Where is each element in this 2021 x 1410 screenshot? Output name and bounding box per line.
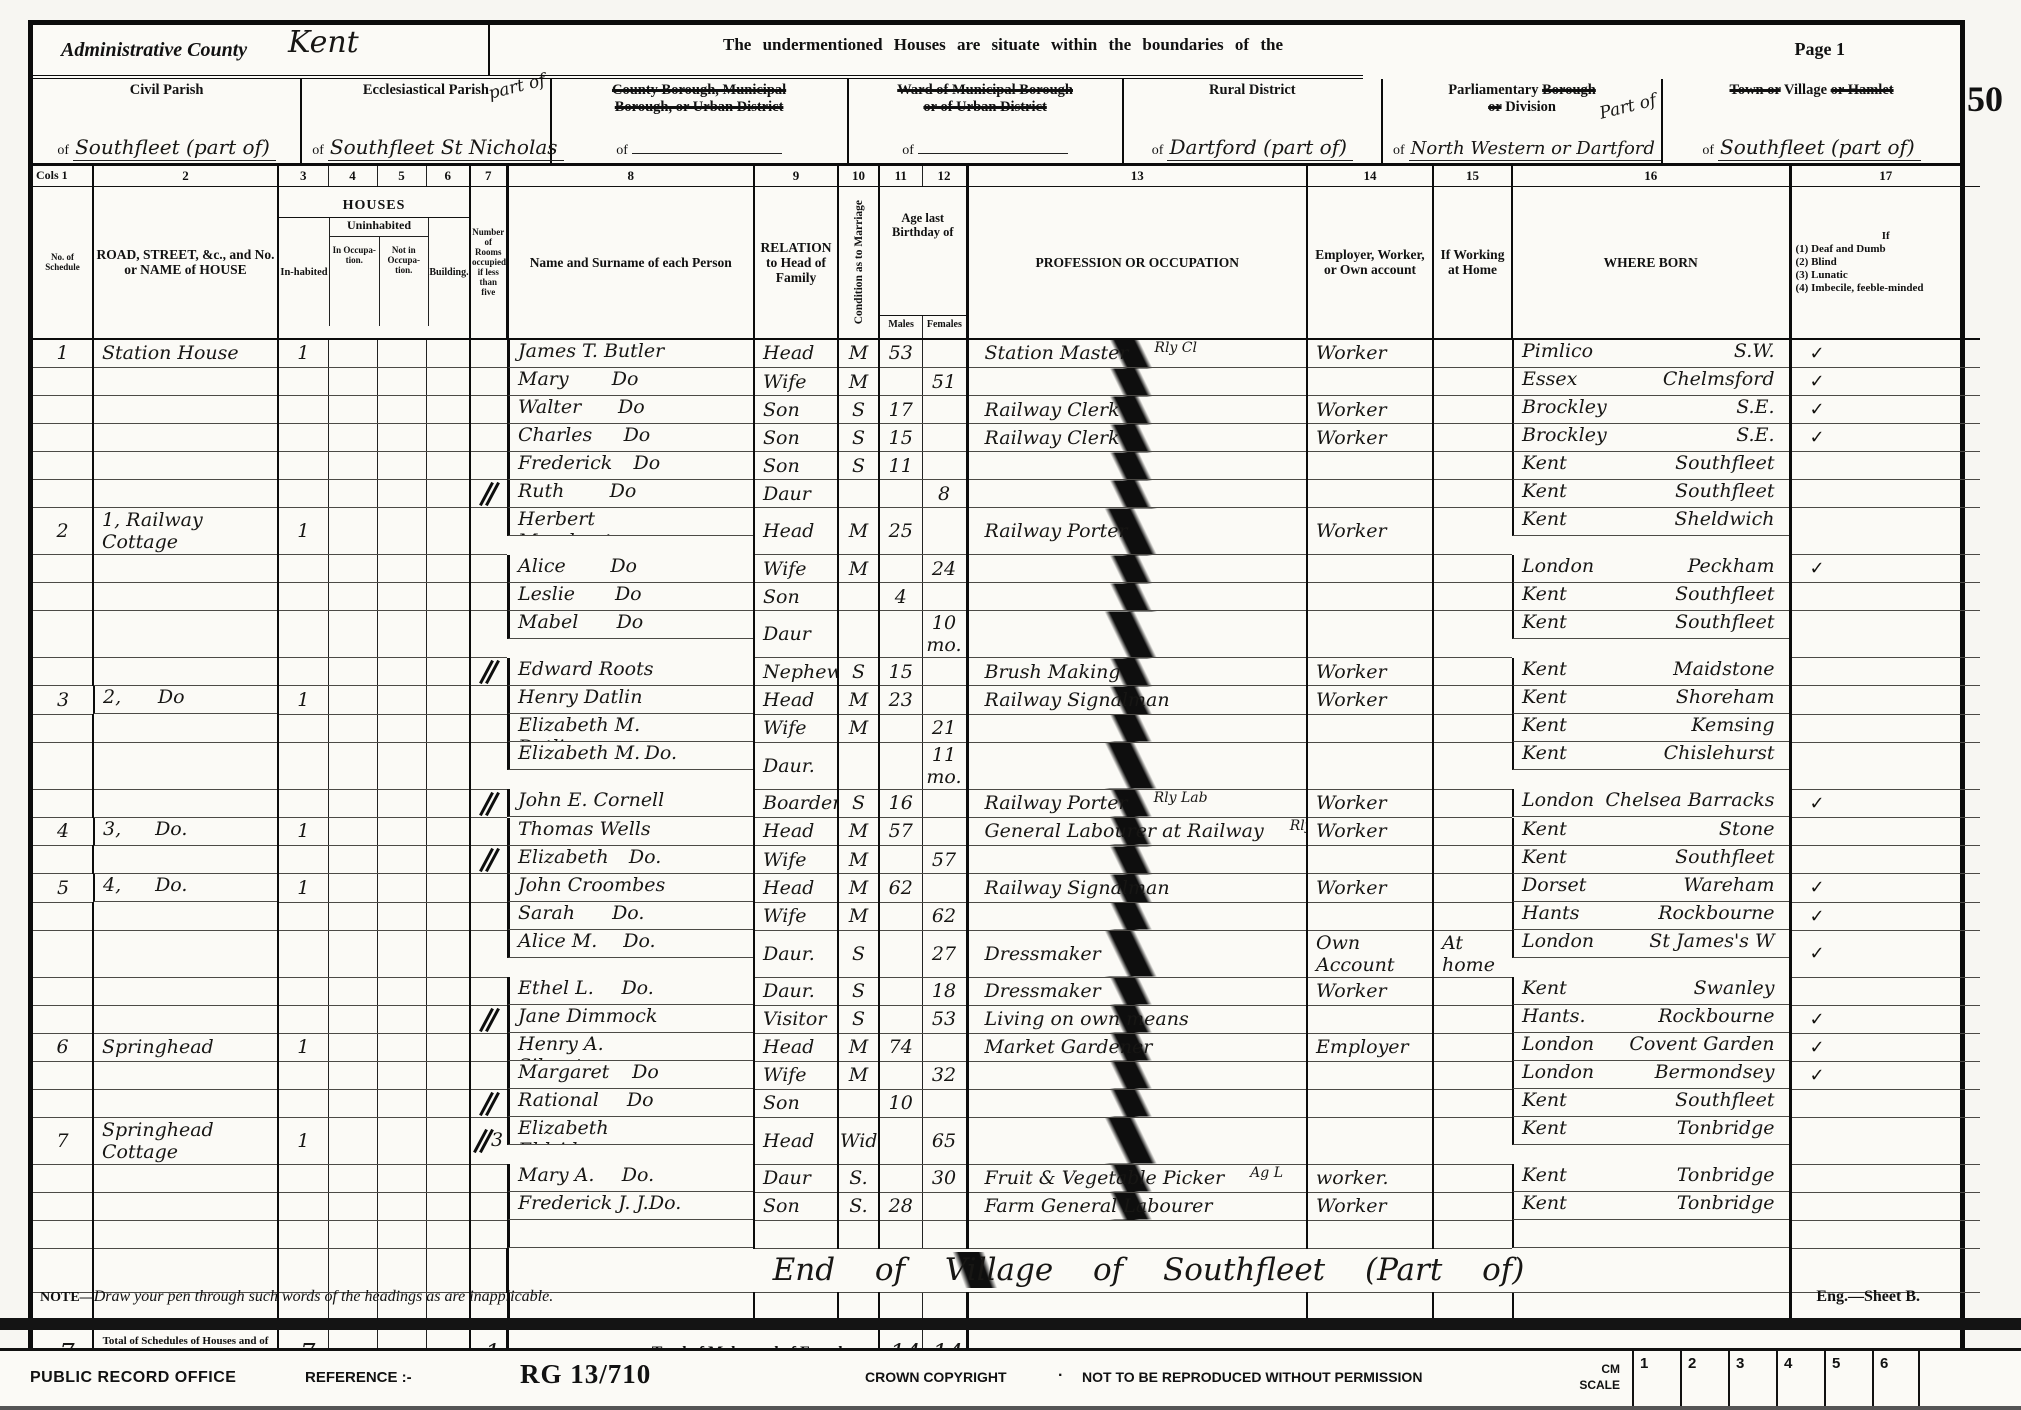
cell-house: [93, 1089, 278, 1117]
cell-house: [93, 1164, 278, 1192]
cell-building: [426, 396, 470, 424]
cell-rooms: [470, 1220, 507, 1248]
cell-profession: [967, 902, 1307, 930]
cell-profession: Fruit & Vegetable PickerAg L: [967, 1164, 1307, 1192]
cell-inhabited: [278, 1089, 328, 1117]
cell-condition: [838, 1089, 879, 1117]
cell-relation: Head: [754, 817, 838, 846]
cell-name: SarahDo.: [507, 902, 753, 930]
col-employer: Employer, Worker, or Own account: [1307, 186, 1433, 339]
cell-inhabited: [278, 1061, 328, 1089]
census-table: Cols 1 2 3 4 5 6 7 8 9 10 11 12 13 14 15…: [33, 166, 1980, 1386]
cell-condition: M: [838, 874, 879, 903]
cell-age-female: 18: [922, 977, 967, 1005]
cell-where-born: HantsRockbourne: [1512, 902, 1789, 930]
col-uninhabited: Uninhabited In Occupa-tion. Not in Occup…: [329, 218, 429, 326]
cell-age-female: [922, 396, 967, 424]
cell-uninhabited-not: [377, 480, 426, 508]
col-females: Females: [922, 316, 965, 338]
cell-profession: Railway Porter: [967, 508, 1307, 555]
cell-inhabited: [278, 396, 328, 424]
cell-inhabited: [278, 1164, 328, 1192]
table-row: FrederickDoSonS11KentSouthfleet: [33, 452, 1980, 480]
cell-age-female: 10 mo.: [922, 611, 967, 658]
cell-working-at-home: [1433, 1164, 1512, 1192]
household-end-mark: [481, 1009, 497, 1031]
check-mark: ✓: [1790, 339, 1980, 368]
cell-employer: Worker: [1307, 977, 1433, 1005]
cell-working-at-home: [1433, 583, 1512, 611]
cell-relation: Wife: [754, 714, 838, 742]
cell-infirmity: [1790, 977, 1980, 1005]
table-row: Edward RootsNephewS15Brush MakingWorkerK…: [33, 658, 1980, 686]
check-mark: ✓: [1790, 396, 1980, 424]
cell-schedule: [33, 1061, 93, 1089]
cell-uninhabited-occ: [328, 686, 377, 715]
cell-rooms: [470, 508, 507, 555]
cell-uninhabited-not: [377, 1220, 426, 1248]
cell-uninhabited-not: [377, 846, 426, 874]
column-numbers-row: Cols 1 2 3 4 5 6 7 8 9 10 11 12 13 14 15…: [33, 166, 1980, 186]
cell-inhabited: [278, 424, 328, 452]
cell-uninhabited-not: [377, 714, 426, 742]
table-row: 54,Do.1John CroombesHeadM62Railway Signa…: [33, 874, 1980, 903]
cell-employer: Worker: [1307, 817, 1433, 846]
cell-inhabited: [278, 452, 328, 480]
cell-name: Elizabeth M. Datlin: [507, 714, 753, 742]
cell-schedule: [33, 1192, 93, 1220]
cell-house: [93, 977, 278, 1005]
cell-rooms: [470, 1248, 507, 1292]
cell-relation: Head: [754, 1117, 838, 1164]
ecclesiastical-parish-box: Ecclesiastical Parish part of ofSouthfle…: [302, 79, 551, 163]
sheet-label: Eng.—Sheet B.: [1816, 1288, 1980, 1306]
cell-building: [426, 368, 470, 396]
cell-rooms: [470, 817, 507, 846]
cell-age-male: 53: [879, 339, 922, 368]
cell-working-at-home: [1433, 424, 1512, 452]
cell-rooms: [470, 424, 507, 452]
cell-age-male: [879, 1164, 922, 1192]
cell-name: MargaretDo: [507, 1061, 753, 1089]
cell-name: Herbert Marchant: [507, 508, 753, 536]
cell-schedule: [33, 583, 93, 611]
cell-condition: S: [838, 1005, 879, 1033]
table-row: Mary A.Do.DaurS.30Fruit & Vegetable Pick…: [33, 1164, 1980, 1192]
cell-house: [93, 930, 278, 977]
cell-house: Springhead Cottage: [93, 1117, 278, 1164]
cell-working-at-home: [1433, 452, 1512, 480]
cell-inhabited: 1: [278, 686, 328, 715]
cell-employer: [1307, 1005, 1433, 1033]
cell-rooms: [470, 977, 507, 1005]
check-mark: ✓: [1790, 789, 1980, 817]
cell-building: [426, 846, 470, 874]
col-name: Name and Surname of each Person: [507, 186, 754, 339]
cell-where-born: LondonSt James's W: [1512, 930, 1789, 958]
village-value: Southfleet (part of): [1718, 135, 1921, 161]
cell-employer: Worker: [1307, 874, 1433, 903]
cell-uninhabited-not: [377, 658, 426, 686]
cell-building: [426, 714, 470, 742]
cell-name: WalterDo: [507, 396, 753, 424]
cell-condition: S.: [838, 1192, 879, 1220]
cell-relation: Daur: [754, 1164, 838, 1192]
cell-relation: Wife: [754, 555, 838, 583]
cell-schedule: 5: [33, 874, 93, 903]
cell-building: [426, 339, 470, 368]
cell-rooms: [470, 1033, 507, 1061]
cell-name: John E. Cornell: [507, 789, 753, 817]
rural-district-title: Rural District: [1124, 82, 1381, 99]
cell-where-born: KentChislehurst: [1512, 742, 1789, 770]
cell-where-born: KentKemsing: [1512, 714, 1789, 742]
cell-house: [93, 1005, 278, 1033]
cell-working-at-home: [1433, 902, 1512, 930]
cell-inhabited: [278, 846, 328, 874]
county-borough-title: County Borough, Municipal: [552, 82, 847, 99]
separator-dot: ·: [1058, 1367, 1063, 1385]
cell-infirmity: [1790, 686, 1980, 715]
cell-house: 1, Railway Cottage: [93, 508, 278, 555]
profession-annotation: Rly Cl: [1154, 340, 1197, 356]
cell-where-born: Hants.Rockbourne: [1512, 1005, 1789, 1033]
cell-relation: Daur.: [754, 930, 838, 977]
profession-annotation: Rly Lab: [1290, 818, 1307, 834]
cell-name: Alice M.Do.: [507, 930, 753, 958]
blank-line: [632, 137, 782, 154]
cell-relation: Daur.: [754, 742, 838, 789]
col-males: Males: [880, 316, 922, 338]
cell-relation: Wife: [754, 368, 838, 396]
cell-inhabited: 1: [278, 1117, 328, 1164]
cell-working-at-home: [1433, 1117, 1512, 1164]
col-rooms: Number of Rooms occupied if less than fi…: [470, 186, 507, 339]
cell-uninhabited-occ: [328, 339, 377, 368]
cell-rooms: [470, 902, 507, 930]
cell-schedule: [33, 977, 93, 1005]
cell-working-at-home: [1433, 1005, 1512, 1033]
table-row: Ethel L.Do.Daur.S18DressmakerWorkerKentS…: [33, 977, 1980, 1005]
cell-schedule: [33, 424, 93, 452]
profession-annotation: Ag L: [1250, 1165, 1283, 1181]
footnote-row: NOTE—Draw your pen through such words of…: [40, 1288, 1980, 1306]
cell-uninhabited-not: [377, 1089, 426, 1117]
cell-uninhabited-occ: [328, 1192, 377, 1220]
cell-working-at-home: [1433, 1220, 1512, 1248]
cell-uninhabited-occ: [328, 368, 377, 396]
cell-building: [426, 658, 470, 686]
cell-age-male: [879, 930, 922, 977]
cell-condition: S: [838, 977, 879, 1005]
cell-age-male: 10: [879, 1089, 922, 1117]
cell-building: [426, 1061, 470, 1089]
cell-age-female: [922, 424, 967, 452]
cell-name: Thomas Wells: [507, 818, 753, 846]
col-working-at-home: If Working at Home: [1433, 186, 1512, 339]
cell-where-born: LondonPeckham: [1512, 555, 1789, 583]
cell-age-male: [879, 611, 922, 658]
cell-working-at-home: [1433, 339, 1512, 368]
cell-working-at-home: [1433, 480, 1512, 508]
cell-relation: Daur: [754, 480, 838, 508]
cell-uninhabited-occ: [328, 611, 377, 658]
cell-rooms: [470, 339, 507, 368]
ecclesiastical-parish-value: Southfleet St Nicholas: [328, 135, 564, 161]
cell-relation: Nephew: [754, 658, 838, 686]
cell-name: CharlesDo: [507, 424, 753, 452]
cell-employer: Employer: [1307, 1033, 1433, 1061]
cell-schedule: [33, 1089, 93, 1117]
cell-house: 2,Do: [93, 686, 277, 714]
cell-schedule: [33, 658, 93, 686]
cell-working-at-home: [1433, 1033, 1512, 1061]
cell-employer: [1307, 583, 1433, 611]
cell-name: Frederick J. J.Do.: [507, 1192, 753, 1220]
cell-infirmity: [1790, 846, 1980, 874]
cell-rooms: [470, 583, 507, 611]
table-row: RuthDoDaur8KentSouthfleet: [33, 480, 1980, 508]
cell-relation: Son: [754, 396, 838, 424]
cell-name: RuthDo: [507, 480, 753, 508]
cell-condition: M: [838, 555, 879, 583]
ward-title: Ward of Municipal Borough: [849, 82, 1122, 99]
cell-uninhabited-occ: [328, 1089, 377, 1117]
cell-profession: [967, 583, 1307, 611]
cell-working-at-home: [1433, 555, 1512, 583]
cell-where-born: KentMaidstone: [1512, 658, 1789, 686]
table-row: 43,Do.1Thomas WellsHeadM57General Labour…: [33, 817, 1980, 846]
cell-name: FrederickDo: [507, 452, 753, 480]
cell-relation: Head: [754, 339, 838, 368]
cell-relation: Son: [754, 1192, 838, 1220]
cell-relation: Son: [754, 424, 838, 452]
cell-building: [426, 1005, 470, 1033]
cell-name: Elizabeth M.Do.: [507, 742, 753, 770]
check-mark: ✓: [1790, 874, 1980, 903]
table-head: Cols 1 2 3 4 5 6 7 8 9 10 11 12 13 14 15…: [33, 166, 1980, 339]
household-end-mark: [475, 1130, 491, 1152]
cell-rooms: [470, 452, 507, 480]
cell-age-female: 62: [922, 902, 967, 930]
cell-name: RationalDo: [507, 1089, 753, 1117]
cell-inhabited: [278, 902, 328, 930]
cell-age-female: 27: [922, 930, 967, 977]
col-profession: PROFESSION OR OCCUPATION: [967, 186, 1307, 339]
cell-where-born: KentSouthfleet: [1512, 583, 1789, 611]
cell-house: [93, 1220, 278, 1248]
cell-condition: S: [838, 452, 879, 480]
county-borough-box: County Borough, Municipal Borough, or Ur…: [552, 79, 849, 163]
cell-age-female: [922, 583, 967, 611]
cell-name: AliceDo: [507, 555, 753, 583]
cell-working-at-home: [1433, 508, 1512, 555]
cell-employer: [1307, 714, 1433, 742]
cell-working-at-home: [1433, 1192, 1512, 1220]
cell-inhabited: [278, 555, 328, 583]
cell-schedule: [33, 611, 93, 658]
scan-bottom-edge: [0, 1406, 2021, 1410]
cell-age-male: [879, 1117, 922, 1164]
cell-rooms: [470, 1005, 507, 1033]
cell-building: [426, 611, 470, 658]
cell-age-male: 28: [879, 1192, 922, 1220]
cell-house: [93, 742, 278, 789]
cell-building: [426, 1164, 470, 1192]
cell-condition: [838, 742, 879, 789]
cell-age-male: [879, 846, 922, 874]
table-row: LeslieDoSon4KentSouthfleet: [33, 583, 1980, 611]
col-road: ROAD, STREET, &c., and No. or NAME of HO…: [93, 186, 278, 339]
cell-inhabited: [278, 368, 328, 396]
cell-age-male: [879, 368, 922, 396]
cell-name: Henry Datlin: [507, 686, 753, 714]
cell-building: [426, 742, 470, 789]
table-row: 21, Railway Cottage1Herbert MarchantHead…: [33, 508, 1980, 555]
cell-relation: Son: [754, 452, 838, 480]
cell-schedule: [33, 396, 93, 424]
cell-profession: Brush Making: [967, 658, 1307, 686]
cell-working-at-home: [1433, 396, 1512, 424]
cell-where-born: LondonBermondsey: [1512, 1061, 1789, 1089]
cell-building: [426, 902, 470, 930]
cell-inhabited: [278, 480, 328, 508]
cell-condition: M: [838, 508, 879, 555]
cell-age-female: [922, 1192, 967, 1220]
cell-rooms: [470, 930, 507, 977]
table-row: End of Village of Southfleet (Part of): [33, 1248, 1980, 1292]
cell-employer: [1307, 1089, 1433, 1117]
cell-name: John Croombes: [507, 874, 753, 902]
cell-profession: Dressmaker: [967, 930, 1307, 977]
cell-house: [93, 611, 278, 658]
col-not-in-occupation: Not in Occupa-tion.: [379, 237, 429, 326]
cell-rooms: [470, 658, 507, 686]
cell-age-female: [922, 658, 967, 686]
cell-condition: M: [838, 686, 879, 715]
table-row: MargaretDoWifeM32LondonBermondsey✓: [33, 1061, 1980, 1089]
cell-name: LeslieDo: [507, 583, 753, 611]
cell-relation: Daur.: [754, 977, 838, 1005]
cell-rooms: [470, 686, 507, 715]
cell-age-female: [922, 508, 967, 555]
cell-working-at-home: [1433, 742, 1512, 789]
cell-inhabited: [278, 789, 328, 817]
cell-house: [93, 368, 278, 396]
cell-uninhabited-not: [377, 396, 426, 424]
cell-schedule: [33, 930, 93, 977]
cell-age-male: 25: [879, 508, 922, 555]
col-num-1: Cols 1: [33, 166, 93, 186]
cell-profession: Railway Clerk: [967, 424, 1307, 452]
table-row: Alice M.Do.Daur.S27DressmakerOwn Account…: [33, 930, 1980, 977]
cell-profession: [967, 742, 1307, 789]
cell-age-male: 74: [879, 1033, 922, 1061]
cell-inhabited: 1: [278, 508, 328, 555]
cell-working-at-home: [1433, 1089, 1512, 1117]
cell-employer: Worker: [1307, 1192, 1433, 1220]
cell-schedule: 4: [33, 817, 93, 846]
cell-where-born: KentSouthfleet: [1512, 1089, 1789, 1117]
cell-age-female: 57: [922, 846, 967, 874]
cell-employer: Worker: [1307, 686, 1433, 715]
cell-house: [93, 396, 278, 424]
check-mark: ✓: [1790, 368, 1980, 396]
cell-uninhabited-not: [377, 1117, 426, 1164]
check-mark: ✓: [1790, 1061, 1980, 1089]
cell-condition: M: [838, 1061, 879, 1089]
cell-uninhabited-occ: [328, 452, 377, 480]
cell-uninhabited-occ: [328, 1248, 377, 1292]
cell-uninhabited-occ: [328, 396, 377, 424]
end-of-village-text: End of Village of Southfleet (Part of): [507, 1248, 1790, 1292]
cell-uninhabited-occ: [328, 1164, 377, 1192]
reference-number: RG 13/710: [520, 1359, 651, 1390]
cell-house: [93, 846, 278, 874]
blank-line: [918, 137, 1068, 154]
cell-building: [426, 1033, 470, 1061]
cell-rooms: [470, 1089, 507, 1117]
cell-inhabited: 1: [278, 874, 328, 903]
cell-relation: Son: [754, 1089, 838, 1117]
table-row: [33, 1220, 1980, 1248]
cell-uninhabited-not: [377, 508, 426, 555]
cell-profession: General Labourer at RailwayRly Lab: [967, 817, 1307, 846]
rural-district-box: Rural District ofDartford (part of): [1124, 79, 1383, 163]
cell-rooms: [470, 611, 507, 658]
cell-infirmity: [1790, 508, 1980, 555]
cell-uninhabited-occ: [328, 1117, 377, 1164]
cell-building: [426, 583, 470, 611]
cell-uninhabited-not: [377, 686, 426, 715]
cell-inhabited: [278, 583, 328, 611]
cell-where-born: KentSouthfleet: [1512, 611, 1789, 639]
cell-condition: S.: [838, 1164, 879, 1192]
cell-infirmity: [1790, 658, 1980, 686]
cell-age-female: 65: [922, 1117, 967, 1164]
cell-condition: M: [838, 817, 879, 846]
cell-uninhabited-occ: [328, 1220, 377, 1248]
cell-house: [93, 452, 278, 480]
cell-condition: S: [838, 789, 879, 817]
household-end-mark: [481, 849, 497, 871]
cell-infirmity: [1790, 714, 1980, 742]
cell-name: Ethel L.Do.: [507, 977, 753, 1005]
cell-rooms: [470, 555, 507, 583]
cell-profession: [967, 480, 1307, 508]
cell-inhabited: [278, 611, 328, 658]
cell-profession: [967, 1089, 1307, 1117]
cell-relation: Son: [754, 583, 838, 611]
cell-house: [93, 583, 278, 611]
crown-copyright-label: CROWN COPYRIGHT: [865, 1369, 1007, 1385]
cell-relation: Head: [754, 874, 838, 903]
cell-where-born: EssexChelmsford: [1512, 368, 1789, 396]
cell-where-born: KentTonbridge: [1512, 1117, 1789, 1145]
cell-condition: M: [838, 1033, 879, 1061]
cell-where-born: KentTonbridge: [1512, 1164, 1789, 1192]
cell-age-female: 51: [922, 368, 967, 396]
cell-where-born: KentSouthfleet: [1512, 480, 1789, 508]
cell-house: [93, 658, 278, 686]
cell-uninhabited-occ: [328, 714, 377, 742]
page-number: Page 1: [1795, 39, 1845, 60]
cell-condition: S: [838, 658, 879, 686]
cell-where-born: BrockleyS.E.: [1512, 396, 1789, 424]
cell-working-at-home: [1433, 789, 1512, 817]
cell-building: [426, 1220, 470, 1248]
cell-profession: Farm General Labourer: [967, 1192, 1307, 1220]
